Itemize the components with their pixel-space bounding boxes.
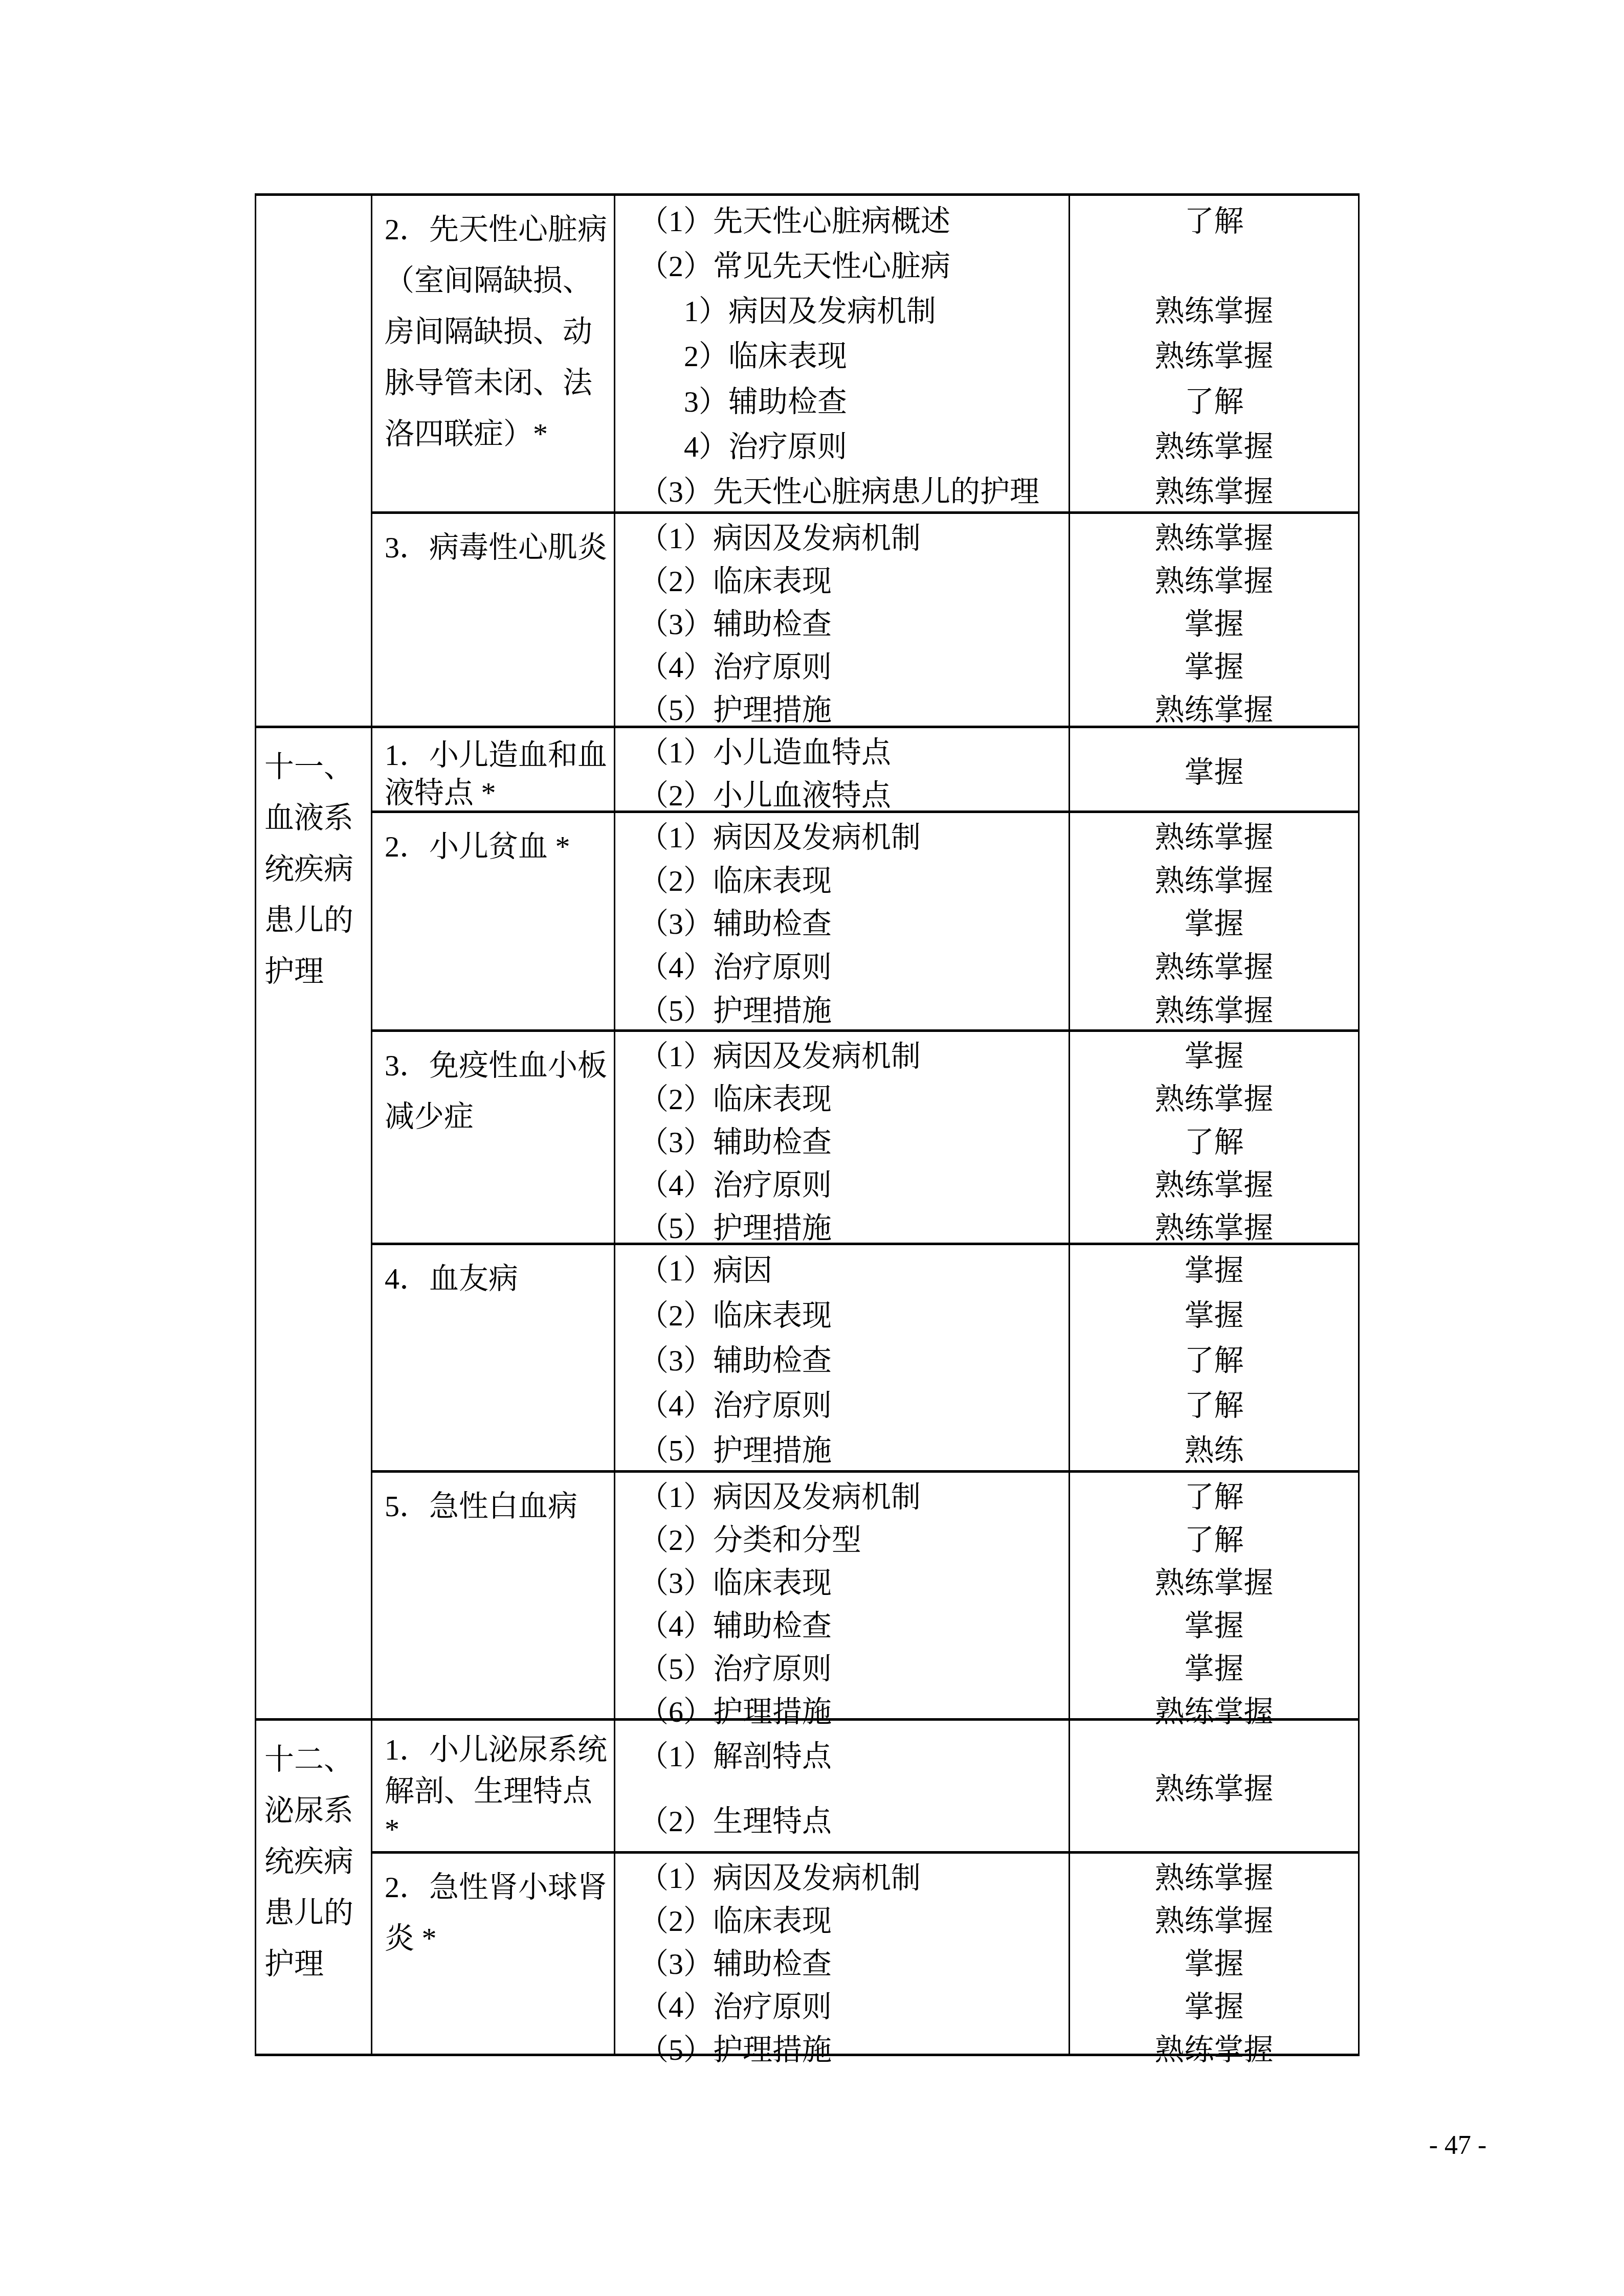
section-label-line: 血液系: [264, 790, 371, 841]
subtopic-line: （2）生理特点: [615, 1786, 1069, 1852]
topic-line: 1．小儿造血和血: [385, 733, 612, 771]
topic-line: 洛四联症）*: [385, 406, 612, 457]
mastery-level: 了解: [1070, 1473, 1358, 1516]
subtopic-line: （3）辅助检查: [615, 1118, 1069, 1161]
mastery-level: 了解: [1070, 1380, 1358, 1425]
document-page: 2．先天性心脏病（室间隔缺损、房间隔缺损、动脉导管未闭、法洛四联症）*（1）先天…: [0, 0, 1624, 2296]
mastery-level: 熟练掌握: [1070, 1897, 1358, 1940]
subtopic-line: （3）辅助检查: [615, 899, 1069, 943]
topic-line: 2．急性肾小球肾: [385, 1859, 612, 1910]
mastery-level: 掌握: [1070, 600, 1358, 643]
subtopic-line: （3）先天性心脏病患儿的护理: [615, 466, 1069, 511]
subtopic-line: （3）辅助检查: [615, 1335, 1069, 1380]
subtopic-line: （5）治疗原则: [615, 1645, 1069, 1687]
topic-line: 5．急性白血病: [385, 1478, 612, 1529]
table-section: 2．先天性心脏病（室间隔缺损、房间隔缺损、动脉导管未闭、法洛四联症）*（1）先天…: [256, 196, 1358, 726]
topic-line: 液特点 *: [385, 771, 612, 809]
topic-line: 3．病毒性心肌炎: [385, 519, 612, 570]
section-rows: 1．小儿造血和血液特点 *（1）小儿造血特点（2）小儿血液特点掌握2．小儿贫血 …: [372, 728, 1358, 1718]
section-label-line: 统疾病: [264, 841, 371, 892]
topic-line: 3．免疫性血小板: [385, 1037, 612, 1088]
subtopic-cell: （1）病因及发病机制（2）临床表现（3）辅助检查（4）治疗原则（5）护理措施: [615, 514, 1070, 726]
subtopic-line: （1）病因及发病机制: [615, 514, 1069, 557]
mastery-level: 掌握: [1070, 1290, 1358, 1335]
subtopic-line: （2）小儿血液特点: [615, 771, 1069, 814]
subtopic-line: （2）临床表现: [615, 857, 1069, 900]
mastery-level: 熟练掌握: [1070, 514, 1358, 557]
mastery-level: 掌握: [1070, 899, 1358, 943]
topic-cell: 2．急性肾小球肾炎 *: [372, 1854, 615, 2054]
mastery-level: 熟练掌握: [1070, 813, 1358, 857]
topic-row: 1．小儿造血和血液特点 *（1）小儿造血特点（2）小儿血液特点掌握: [372, 728, 1358, 811]
section-label-cell: 十一、血液系统疾病患儿的护理: [256, 728, 372, 1718]
subtopic-cell: （1）病因（2）临床表现（3）辅助检查（4）治疗原则（5）护理措施: [615, 1245, 1070, 1470]
mastery-cell: 熟练掌握熟练掌握掌握掌握熟练掌握: [1070, 1854, 1358, 2054]
subtopic-line: （1）病因: [615, 1245, 1069, 1290]
mastery-level: 了解: [1070, 1516, 1358, 1559]
topic-line: 脉导管未闭、法: [385, 354, 612, 406]
mastery-level: 熟练掌握: [1070, 943, 1358, 986]
mastery-level: 熟练掌握: [1070, 1161, 1358, 1204]
subtopic-line: （1）先天性心脏病概述: [615, 196, 1069, 241]
mastery-cell: 熟练掌握熟练掌握掌握熟练掌握熟练掌握: [1070, 813, 1358, 1029]
topic-line: *: [385, 1809, 612, 1850]
subtopic-line: （2）临床表现: [615, 557, 1069, 600]
subtopic-line: （5）护理措施: [615, 2025, 1069, 2068]
mastery-level: 掌握: [1070, 1245, 1358, 1290]
subtopic-cell: （1）小儿造血特点（2）小儿血液特点: [615, 728, 1070, 811]
section-label-line: 统疾病: [264, 1833, 371, 1884]
section-label-cell: 十二、泌尿系统疾病患儿的护理: [256, 1721, 372, 2054]
subtopic-cell: （1）病因及发病机制（2）临床表现（3）辅助检查（4）治疗原则（5）护理措施: [615, 1854, 1070, 2054]
subtopic-cell: （1）病因及发病机制（2）临床表现（3）辅助检查（4）治疗原则（5）护理措施: [615, 813, 1070, 1029]
topic-line: 4．血友病: [385, 1250, 612, 1301]
subtopic-line: 4）治疗原则: [615, 421, 1069, 466]
mastery-level: 熟练掌握: [1070, 466, 1358, 511]
topic-line: （室间隔缺损、: [385, 252, 612, 303]
subtopic-line: （2）常见先天性心脏病: [615, 241, 1069, 286]
subtopic-line: （1）病因及发病机制: [615, 1854, 1069, 1897]
mastery-level: 熟练掌握: [1070, 857, 1358, 900]
mastery-level: 熟练掌握: [1154, 1765, 1273, 1808]
mastery-cell: 掌握: [1070, 728, 1358, 811]
subtopic-line: （4）治疗原则: [615, 1983, 1069, 2025]
mastery-level: 掌握: [1070, 1940, 1358, 1983]
subtopic-line: （4）治疗原则: [615, 1380, 1069, 1425]
mastery-cell: 熟练掌握: [1070, 1721, 1358, 1851]
mastery-level: [1070, 241, 1358, 286]
section-label-line: 患儿的: [264, 892, 371, 943]
subtopic-cell: （1）病因及发病机制（2）分类和分型（3）临床表现（4）辅助检查（5）治疗原则（…: [615, 1473, 1070, 1718]
subtopic-line: （3）临床表现: [615, 1559, 1069, 1602]
subtopic-line: （3）辅助检查: [615, 1940, 1069, 1983]
subtopic-cell: （1）先天性心脏病概述（2）常见先天性心脏病1）病因及发病机制2）临床表现3）辅…: [615, 196, 1070, 511]
topic-row: 2．小儿贫血 *（1）病因及发病机制（2）临床表现（3）辅助检查（4）治疗原则（…: [372, 811, 1358, 1029]
section-rows: 2．先天性心脏病（室间隔缺损、房间隔缺损、动脉导管未闭、法洛四联症）*（1）先天…: [372, 196, 1358, 726]
section-label-line: 患儿的: [264, 1884, 371, 1935]
mastery-cell: 了解熟练掌握熟练掌握了解熟练掌握熟练掌握: [1070, 196, 1358, 511]
mastery-cell: 了解了解熟练掌握掌握掌握熟练掌握: [1070, 1473, 1358, 1718]
mastery-cell: 掌握掌握了解了解熟练: [1070, 1245, 1358, 1470]
topic-row: 3．免疫性血小板减少症（1）病因及发病机制（2）临床表现（3）辅助检查（4）治疗…: [372, 1029, 1358, 1243]
mastery-level: 掌握: [1070, 1602, 1358, 1645]
subtopic-line: 3）辅助检查: [615, 376, 1069, 421]
mastery-level: 了解: [1070, 1118, 1358, 1161]
topic-line: 减少症: [385, 1088, 612, 1139]
subtopic-line: （2）临床表现: [615, 1290, 1069, 1335]
topic-row: 1．小儿泌尿系统解剖、生理特点*（1）解剖特点（2）生理特点熟练掌握: [372, 1721, 1358, 1851]
section-label-line: 护理: [264, 1935, 371, 1987]
mastery-level: 熟练掌握: [1070, 331, 1358, 376]
subtopic-cell: （1）解剖特点（2）生理特点: [615, 1721, 1070, 1851]
subtopic-line: （2）临床表现: [615, 1075, 1069, 1118]
mastery-level: 掌握: [1070, 643, 1358, 686]
mastery-level: 掌握: [1070, 1645, 1358, 1687]
subtopic-line: （4）治疗原则: [615, 1161, 1069, 1204]
table-section: 十一、血液系统疾病患儿的护理1．小儿造血和血液特点 *（1）小儿造血特点（2）小…: [256, 726, 1358, 1718]
section-rows: 1．小儿泌尿系统解剖、生理特点*（1）解剖特点（2）生理特点熟练掌握2．急性肾小…: [372, 1721, 1358, 2054]
mastery-level: 了解: [1070, 1335, 1358, 1380]
subtopic-line: （1）小儿造血特点: [615, 728, 1069, 771]
subtopic-line: 1）病因及发病机制: [615, 286, 1069, 331]
subtopic-line: （5）护理措施: [615, 1425, 1069, 1470]
mastery-level: 熟练掌握: [1070, 686, 1358, 729]
topic-cell: 2．小儿贫血 *: [372, 813, 615, 1029]
subtopic-line: （4）辅助检查: [615, 1602, 1069, 1645]
mastery-level: 熟练掌握: [1070, 1204, 1358, 1247]
subtopic-cell: （1）病因及发病机制（2）临床表现（3）辅助检查（4）治疗原则（5）护理措施: [615, 1032, 1070, 1243]
section-label-line: 十一、: [264, 738, 371, 790]
mastery-level: 掌握: [1184, 748, 1243, 791]
mastery-level: 掌握: [1070, 1983, 1358, 2025]
table-section: 十二、泌尿系统疾病患儿的护理1．小儿泌尿系统解剖、生理特点*（1）解剖特点（2）…: [256, 1718, 1358, 2054]
subtopic-line: （5）护理措施: [615, 986, 1069, 1029]
topic-cell: 5．急性白血病: [372, 1473, 615, 1718]
subtopic-line: （5）护理措施: [615, 686, 1069, 729]
topic-row: 4．血友病（1）病因（2）临床表现（3）辅助检查（4）治疗原则（5）护理措施掌握…: [372, 1243, 1358, 1470]
mastery-cell: 熟练掌握熟练掌握掌握掌握熟练掌握: [1070, 514, 1358, 726]
topic-row: 5．急性白血病（1）病因及发病机制（2）分类和分型（3）临床表现（4）辅助检查（…: [372, 1470, 1358, 1718]
topic-cell: 4．血友病: [372, 1245, 615, 1470]
topic-line: 2．先天性心脏病: [385, 201, 612, 252]
subtopic-line: （4）治疗原则: [615, 943, 1069, 986]
topic-line: 炎 *: [385, 1910, 612, 1961]
subtopic-line: 2）临床表现: [615, 331, 1069, 376]
subtopic-line: （1）病因及发病机制: [615, 1032, 1069, 1075]
topic-row: 3．病毒性心肌炎（1）病因及发病机制（2）临床表现（3）辅助检查（4）治疗原则（…: [372, 511, 1358, 726]
topic-line: 1．小儿泌尿系统: [385, 1726, 612, 1767]
subtopic-line: （1）病因及发病机制: [615, 813, 1069, 857]
section-label-line: 十二、: [264, 1731, 371, 1782]
subtopic-line: （4）治疗原则: [615, 643, 1069, 686]
topic-row: 2．急性肾小球肾炎 *（1）病因及发病机制（2）临床表现（3）辅助检查（4）治疗…: [372, 1851, 1358, 2054]
mastery-level: 熟练掌握: [1070, 1854, 1358, 1897]
mastery-level: 熟练: [1070, 1425, 1358, 1470]
topic-cell: 3．病毒性心肌炎: [372, 514, 615, 726]
mastery-level: 了解: [1070, 196, 1358, 241]
section-label-line: 护理: [264, 943, 371, 994]
section-label-cell: [256, 196, 372, 726]
subtopic-line: （3）辅助检查: [615, 600, 1069, 643]
subtopic-line: （1）病因及发病机制: [615, 1473, 1069, 1516]
mastery-cell: 掌握熟练掌握了解熟练掌握熟练掌握: [1070, 1032, 1358, 1243]
syllabus-table: 2．先天性心脏病（室间隔缺损、房间隔缺损、动脉导管未闭、法洛四联症）*（1）先天…: [255, 193, 1360, 2056]
subtopic-line: （5）护理措施: [615, 1204, 1069, 1247]
section-label-line: 泌尿系: [264, 1782, 371, 1833]
mastery-level: 熟练掌握: [1070, 986, 1358, 1029]
mastery-level: 掌握: [1070, 1032, 1358, 1075]
mastery-level: 熟练掌握: [1070, 2025, 1358, 2068]
subtopic-line: （2）分类和分型: [615, 1516, 1069, 1559]
mastery-level: 熟练掌握: [1070, 557, 1358, 600]
topic-line: 解剖、生理特点: [385, 1767, 612, 1809]
subtopic-line: （2）临床表现: [615, 1897, 1069, 1940]
subtopic-line: （1）解剖特点: [615, 1721, 1069, 1786]
topic-row: 2．先天性心脏病（室间隔缺损、房间隔缺损、动脉导管未闭、法洛四联症）*（1）先天…: [372, 196, 1358, 511]
topic-line: 房间隔缺损、动: [385, 303, 612, 354]
topic-line: 2．小儿贫血 *: [385, 818, 612, 869]
topic-cell: 2．先天性心脏病（室间隔缺损、房间隔缺损、动脉导管未闭、法洛四联症）*: [372, 196, 615, 511]
mastery-level: 熟练掌握: [1070, 1075, 1358, 1118]
mastery-level: 熟练掌握: [1070, 1559, 1358, 1602]
mastery-level: 熟练掌握: [1070, 421, 1358, 466]
topic-cell: 1．小儿泌尿系统解剖、生理特点*: [372, 1721, 615, 1851]
mastery-level: 熟练掌握: [1070, 286, 1358, 331]
topic-cell: 1．小儿造血和血液特点 *: [372, 728, 615, 811]
mastery-level: 了解: [1070, 376, 1358, 421]
page-number: - 47 -: [1401, 2130, 1514, 2160]
topic-cell: 3．免疫性血小板减少症: [372, 1032, 615, 1243]
